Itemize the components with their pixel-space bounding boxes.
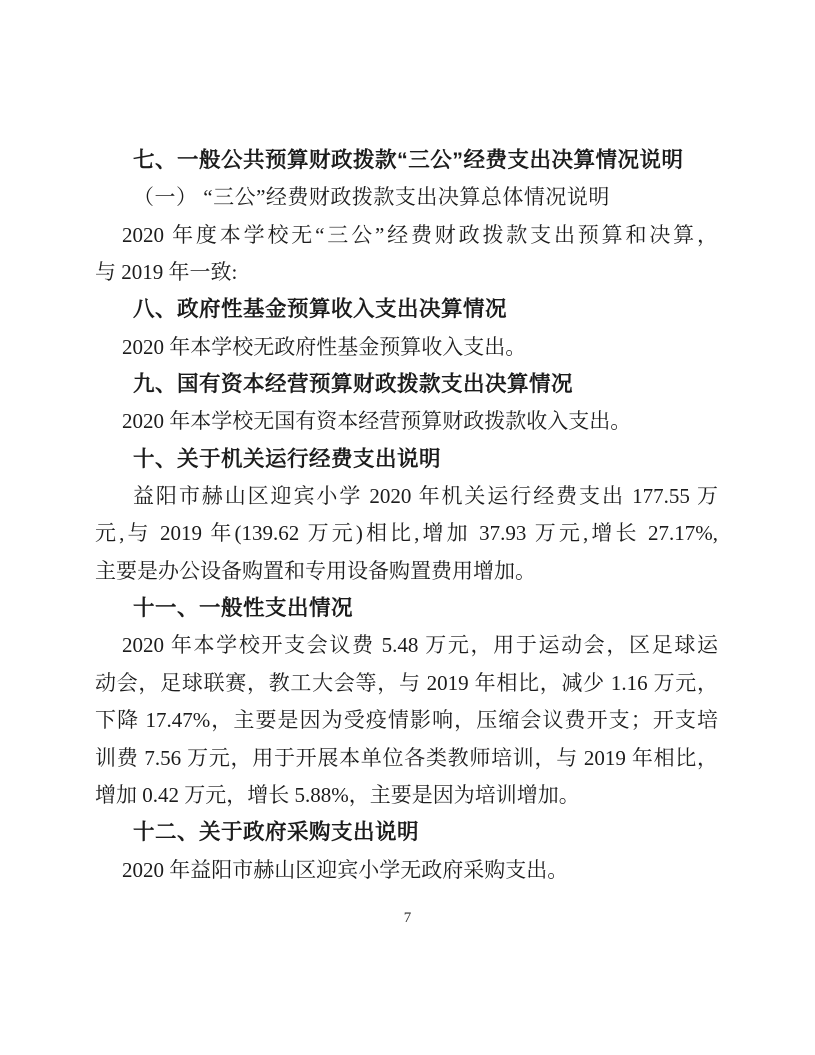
section-heading-9: 九、国有资本经营预算财政拨款支出决算情况 — [95, 366, 718, 403]
doc-text-line: 2020 年本学校开支会议费 5.48 万元，用于运动会，区足球运 — [95, 627, 718, 664]
doc-text-line: 元,与 2019 年(139.62 万元)相比,增加 37.93 万元,增长 2… — [95, 515, 718, 552]
doc-text-line: 2020 年益阳市赫山区迎宾小学无政府采购支出。 — [95, 852, 718, 889]
doc-text-line: 增加 0.42 万元，增长 5.88%，主要是因为培训增加。 — [95, 777, 718, 814]
doc-text-line: 2020 年本学校无政府性基金预算收入支出。 — [95, 329, 718, 366]
section-heading-10: 十、关于机关运行经费支出说明 — [95, 441, 718, 478]
doc-text-line: 主要是办公设备购置和专用设备购置费用增加。 — [95, 553, 718, 590]
document-page: 七、一般公共预算财政拨款“三公”经费支出决算情况说明 （一） “三公”经费财政拨… — [0, 0, 815, 1055]
subsection-heading-7-1: （一） “三公”经费财政拨款支出决算总体情况说明 — [95, 179, 718, 216]
doc-text-line: 2020 年本学校无国有资本经营预算财政拨款收入支出。 — [95, 403, 718, 440]
doc-text-line: 2020 年度本学校无“三公”经费财政拨款支出预算和决算， — [95, 217, 718, 254]
section-heading-8: 八、政府性基金预算收入支出决算情况 — [95, 291, 718, 328]
section-heading-12: 十二、关于政府采购支出说明 — [95, 814, 718, 851]
doc-text-line: 训费 7.56 万元，用于开展本单位各类教师培训，与 2019 年相比， — [95, 740, 718, 777]
page-number: 7 — [0, 903, 815, 933]
doc-text-line: 动会，足球联赛，教工大会等，与 2019 年相比，减少 1.16 万元， — [95, 665, 718, 702]
document-text-block: 七、一般公共预算财政拨款“三公”经费支出决算情况说明 （一） “三公”经费财政拨… — [95, 142, 718, 889]
section-heading-11: 十一、一般性支出情况 — [95, 590, 718, 627]
doc-text-line: 与 2019 年一致: — [95, 254, 718, 291]
section-heading-7: 七、一般公共预算财政拨款“三公”经费支出决算情况说明 — [95, 142, 718, 179]
doc-text-line: 下降 17.47%，主要是因为受疫情影响，压缩会议费开支；开支培 — [95, 702, 718, 739]
doc-text-line: 益阳市赫山区迎宾小学 2020 年机关运行经费支出 177.55 万 — [95, 478, 718, 515]
